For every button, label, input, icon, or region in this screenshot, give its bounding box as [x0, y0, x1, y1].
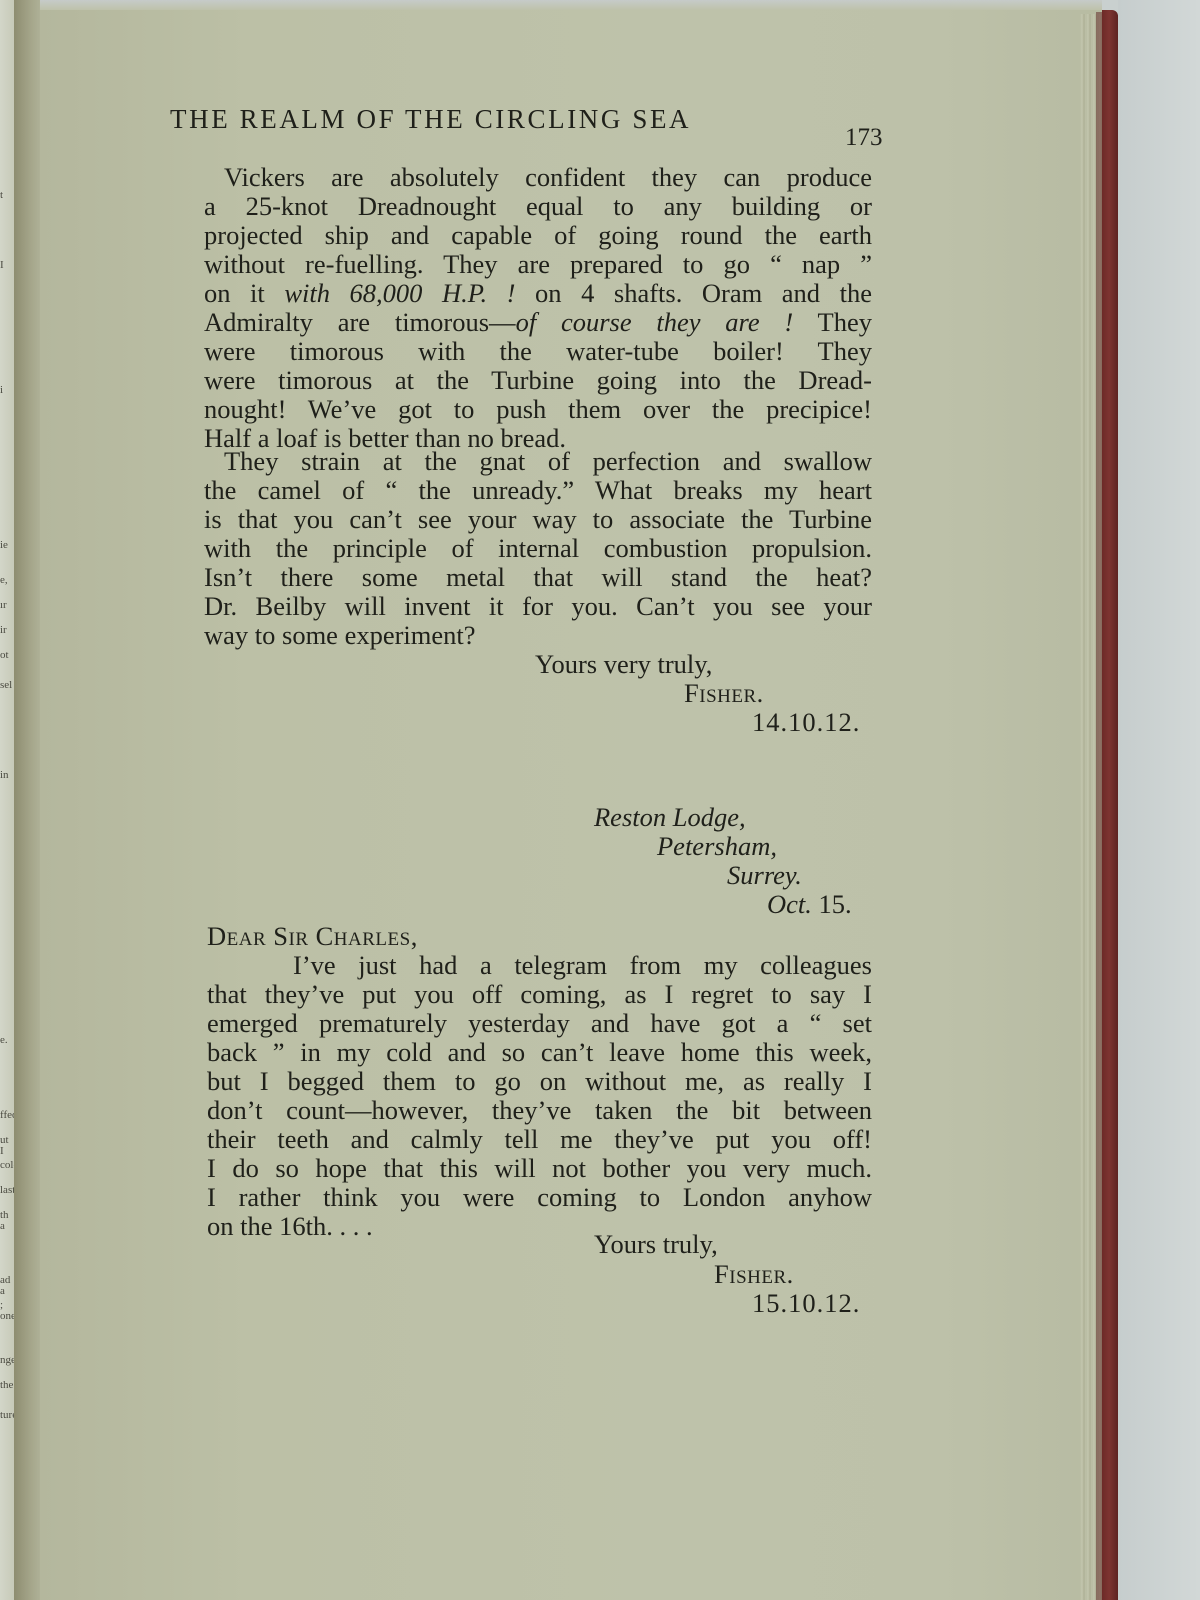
- facing-fragment: th a: [0, 1210, 14, 1232]
- text-line: nought! We’ve got to push them over the …: [204, 395, 872, 424]
- text-line: Admiralty are timorous—of course they ar…: [204, 308, 872, 337]
- letter2-closing: Yours truly,: [594, 1230, 718, 1259]
- text-line: with the principle of internal combustio…: [204, 534, 872, 563]
- facing-fragment: ut I: [0, 1135, 14, 1157]
- facing-fragment: ad a: [0, 1275, 14, 1297]
- text-line: don’t count—however, they’ve taken the b…: [207, 1096, 872, 1125]
- facing-fragment: nged: [0, 1355, 14, 1366]
- facing-fragment: i: [0, 385, 3, 396]
- text-line: without re-fuelling. They are prepared t…: [204, 250, 872, 279]
- text-line: a 25-knot Dreadnought equal to any build…: [204, 192, 872, 221]
- text-line: were timorous with the water-tube boiler…: [204, 337, 872, 366]
- facing-page-text: t I i ie e, ır ir ot sel in e. ffed ut I…: [0, 0, 14, 1600]
- text-segment: on 4 shafts. Oram and the: [516, 278, 872, 308]
- text-line: Isn’t there some metal that will stand t…: [204, 563, 872, 592]
- letter1-date: 14.10.12.: [752, 708, 860, 737]
- text-line: I’ve just had a telegram from my colleag…: [207, 951, 872, 980]
- facing-fragment: the: [0, 1380, 13, 1391]
- text-line: is that you can’t see your way to associ…: [204, 505, 872, 534]
- running-head: THE REALM OF THE CIRCLING SEA: [170, 104, 890, 135]
- text-line: emerged prematurely yesterday and have g…: [207, 1009, 872, 1038]
- address-text: Reston Lodge,: [594, 802, 746, 832]
- text-segment: Admiralty are timorous—: [204, 307, 516, 337]
- facing-fragment: ir: [0, 625, 7, 636]
- text-line: Vickers are absolutely confident they ca…: [204, 163, 872, 192]
- text-line: back ” in my cold and so can’t leave hom…: [207, 1038, 872, 1067]
- text-line: I rather think you were coming to London…: [207, 1183, 872, 1212]
- text-line: their teeth and calmly tell me they’ve p…: [207, 1125, 872, 1154]
- facing-fragment: ture.: [0, 1410, 14, 1421]
- text-line: were timorous at the Turbine going into …: [204, 366, 872, 395]
- facing-fragment: ffed: [0, 1110, 14, 1121]
- letter2-signature: Fisher.: [714, 1260, 794, 1289]
- text-line: way to some experiment?: [204, 621, 872, 650]
- date-month: Oct.: [767, 889, 812, 919]
- facing-fragment: in: [0, 770, 9, 781]
- text-line: that they’ve put you off coming, as I re…: [207, 980, 872, 1009]
- letter1-signature: Fisher.: [684, 679, 764, 708]
- facing-fragment: last: [0, 1185, 14, 1196]
- facing-fragment: ie: [0, 540, 8, 551]
- italic-emphasis: of course they are !: [516, 307, 794, 337]
- facing-fragment: t: [0, 190, 3, 201]
- facing-fragment: sel: [0, 680, 12, 691]
- letter1-closing: Yours very truly,: [535, 650, 712, 679]
- text-segment: on it: [204, 278, 284, 308]
- letter2-date: Oct. 15.: [767, 890, 852, 919]
- facing-fragment: ır: [0, 600, 7, 611]
- letter1-paragraph2: They strain at the gnat of perfection an…: [204, 447, 872, 650]
- facing-fragment: e,: [0, 575, 8, 586]
- letter2-address-line3: Surrey.: [727, 861, 802, 890]
- text-line: Dr. Beilby will invent it for you. Can’t…: [204, 592, 872, 621]
- text-line: They strain at the gnat of perfection an…: [204, 447, 872, 476]
- facing-fragment: I: [0, 260, 4, 271]
- text-line: projected ship and capable of going roun…: [204, 221, 872, 250]
- text-line: the camel of “ the unready.” What breaks…: [204, 476, 872, 505]
- page-number: 173: [845, 124, 883, 152]
- text-line: but I begged them to go on without me, a…: [207, 1067, 872, 1096]
- text-line: on the 16th. . . .: [207, 1212, 872, 1241]
- page-top-edge: [40, 0, 1102, 10]
- letter1-paragraph1: Vickers are absolutely confident they ca…: [204, 163, 872, 453]
- address-text: Petersham,: [657, 831, 777, 861]
- book-cover-edge: [1102, 10, 1118, 1600]
- text-line: on it with 68,000 H.P. ! on 4 shafts. Or…: [204, 279, 872, 308]
- text-segment: They: [793, 307, 872, 337]
- facing-fragment: e.: [0, 1035, 8, 1046]
- letter2-body: I’ve just had a telegram from my colleag…: [207, 951, 872, 1241]
- facing-fragment: ; one: [0, 1300, 14, 1322]
- address-text: Surrey.: [727, 860, 802, 890]
- letter2-address-line1: Reston Lodge,: [594, 803, 746, 832]
- date-day: 15.: [819, 889, 852, 919]
- letter2-address-line2: Petersham,: [657, 832, 777, 861]
- background: [1118, 0, 1200, 1600]
- letter2-salutation: Dear Sir Charles,: [207, 922, 418, 951]
- letter2-date-line: 15.10.12.: [752, 1289, 860, 1318]
- text-line: I do so hope that this will not bother y…: [207, 1154, 872, 1183]
- facing-fragment: cold: [0, 1160, 14, 1171]
- italic-emphasis: with 68,000 H.P. !: [284, 278, 515, 308]
- facing-fragment: ot: [0, 650, 9, 661]
